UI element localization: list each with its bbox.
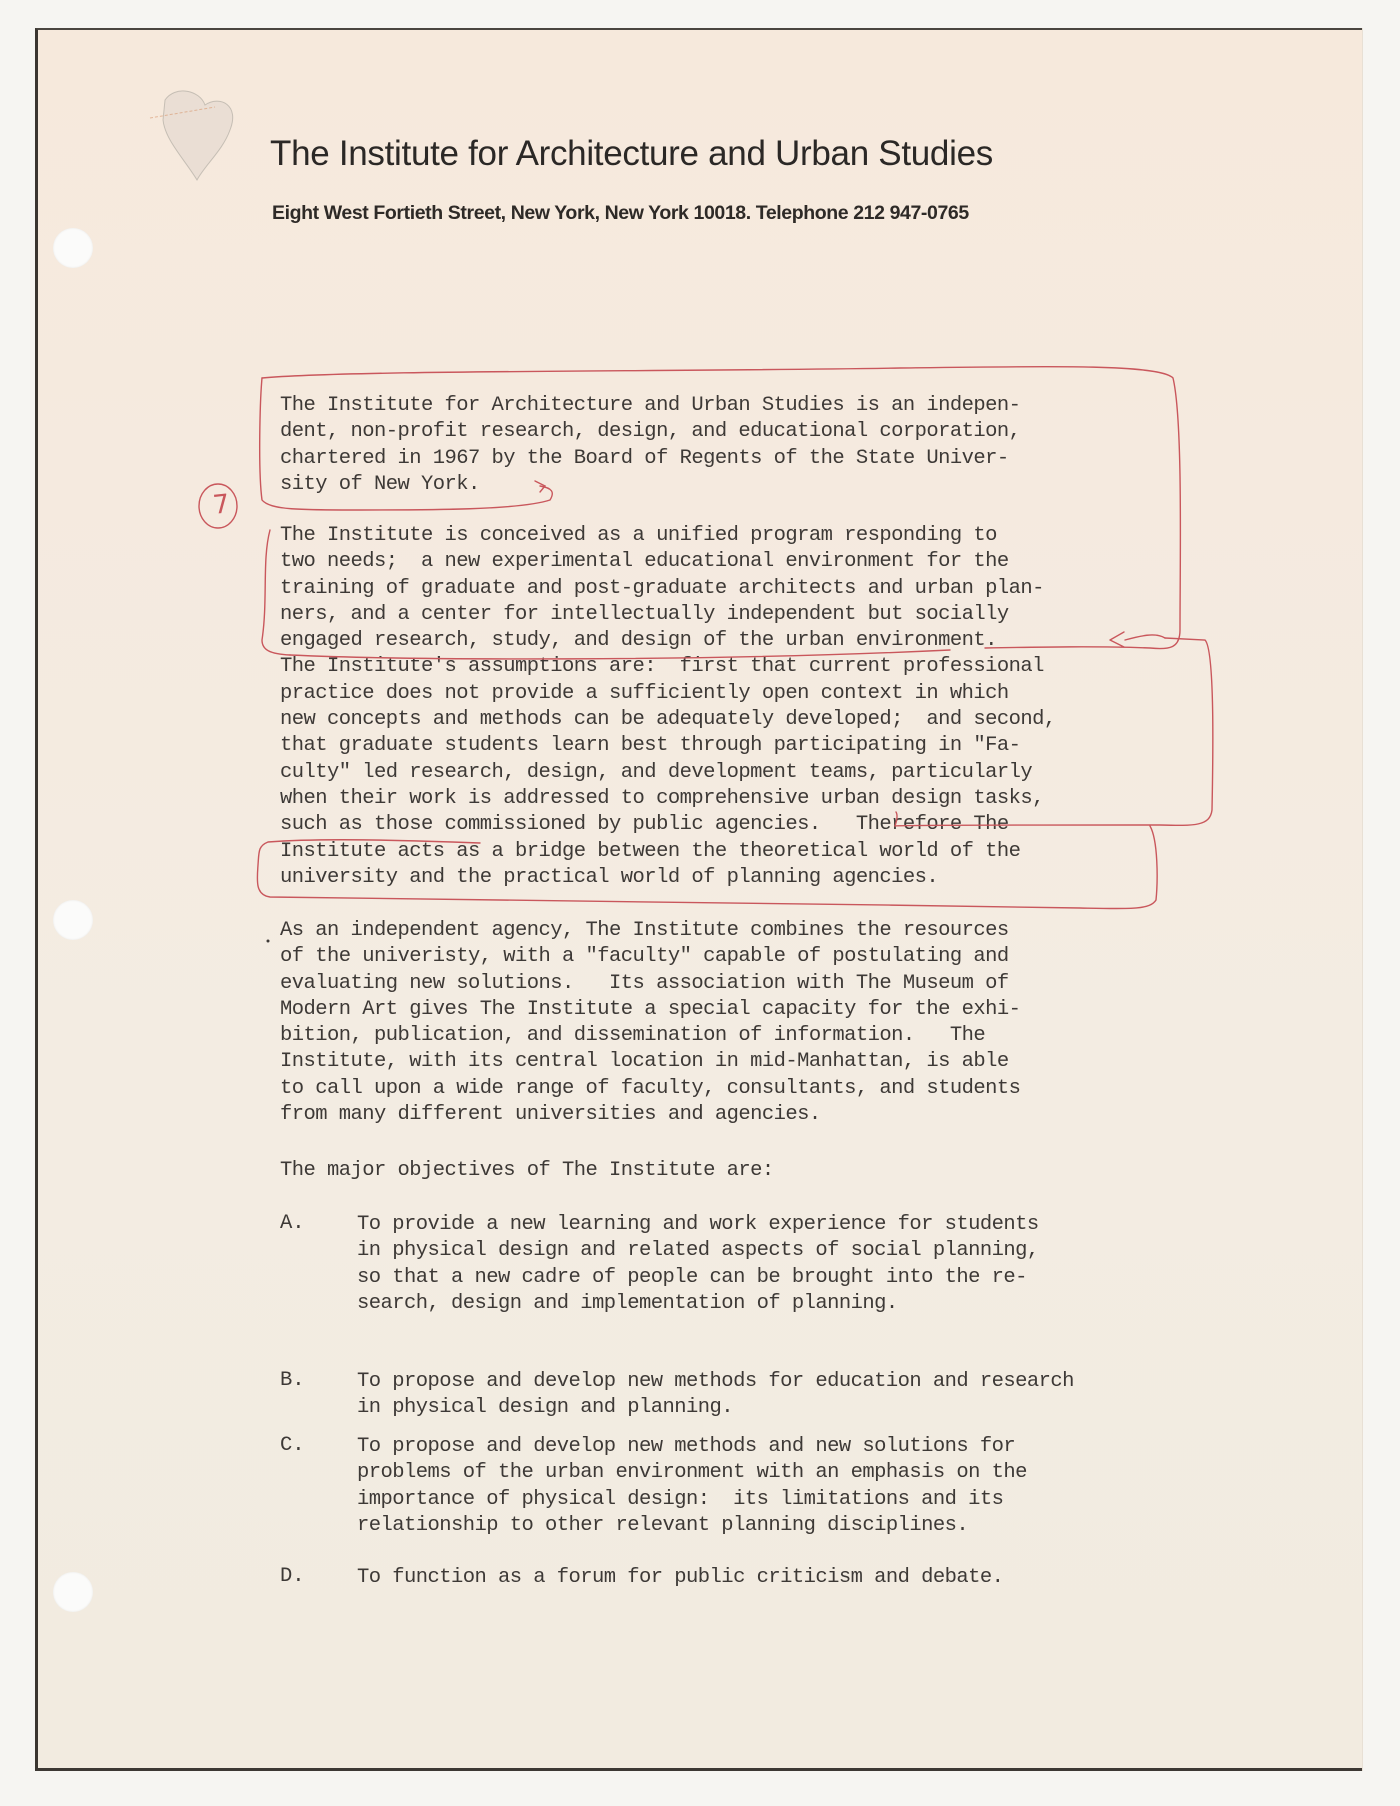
paragraph-conception: The Institute is conceived as a unified … bbox=[280, 523, 1056, 891]
objective-text: To propose and develop new methods for e… bbox=[357, 1369, 1074, 1422]
circled-page-number: 7 bbox=[211, 489, 231, 521]
objectives-heading: The major objectives of The Institute ar… bbox=[280, 1158, 774, 1184]
letterhead-address: Eight West Fortieth Street, New York, Ne… bbox=[272, 202, 969, 225]
objective-marker: A. bbox=[280, 1212, 305, 1235]
objective-marker: B. bbox=[280, 1369, 305, 1392]
paragraph-intro: The Institute for Architecture and Urban… bbox=[280, 393, 1020, 498]
objective-text: To provide a new learning and work exper… bbox=[357, 1212, 1039, 1317]
punch-hole bbox=[53, 228, 93, 268]
objective-text: To propose and develop new methods and n… bbox=[357, 1434, 1027, 1539]
pencil-sketch-icon bbox=[145, 80, 245, 190]
punch-hole bbox=[53, 1572, 93, 1612]
letterhead-title: The Institute for Architecture and Urban… bbox=[270, 134, 993, 174]
paragraph-agency: As an independent agency, The Institute … bbox=[280, 918, 1020, 1128]
scanned-document: The Institute for Architecture and Urban… bbox=[0, 0, 1400, 1806]
objective-text: To function as a forum for public critic… bbox=[357, 1565, 1003, 1591]
objective-marker: C. bbox=[280, 1434, 305, 1457]
objective-marker: D. bbox=[280, 1565, 305, 1588]
punch-hole bbox=[53, 900, 93, 940]
